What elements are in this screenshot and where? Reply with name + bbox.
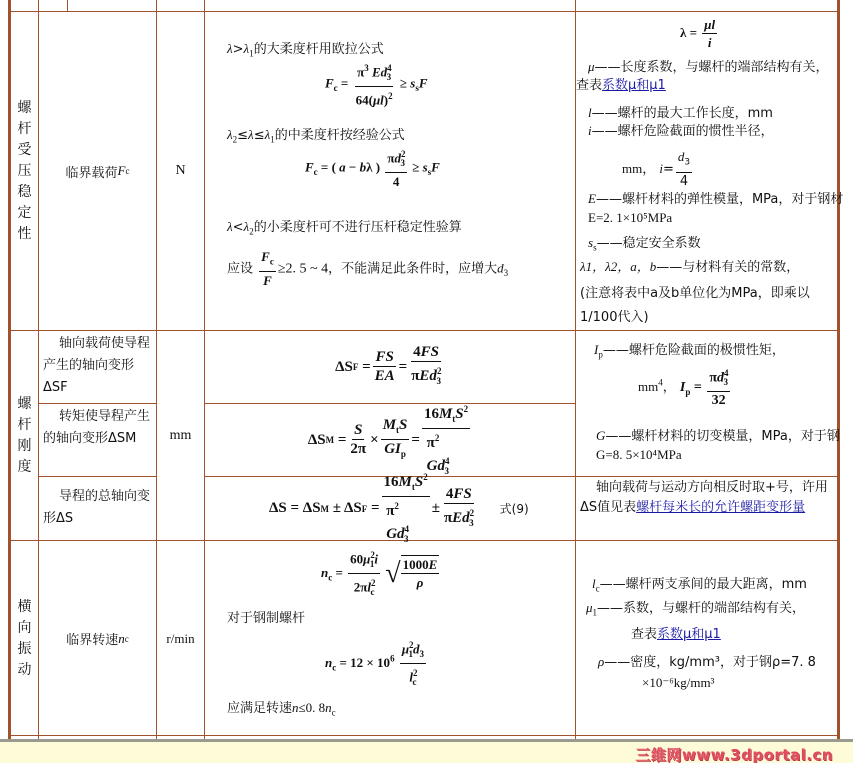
notes-cell-vibration: lc——螺杆两支承间的最大距离，mm μ1——系数，与螺杆的端部结构有关， 查表… [576,541,837,736]
formula-lambda: λ = μli [680,16,719,52]
note-lc: lc——螺杆两支承间的最大距离，mm [576,575,853,598]
unit-rpm: r/min [157,541,204,736]
formula-empirical: Fc = ( a − bλ ) πd234 ≥ ssF [305,146,440,191]
formula-cell-vibration: nc = 60μ21i2πl2c √1000Eρ 对于钢制螺杆 nc = 12 … [205,541,575,736]
cat-char: 稳 [18,182,32,203]
category-buckling: 螺 杆 受 压 稳 定 性 [11,12,38,330]
item-label: 临界转速 [66,629,118,648]
category-lateral-vibration: 横 向 振 动 [11,541,38,736]
category-stiffness: 螺 杆 刚 度 [11,331,38,540]
note-unit-conversion: (注意将表中a及b单位化为MPa，即乘以1/100代入) [576,282,842,330]
note-i-formula: mm， i=d34 [622,148,694,191]
cat-char: 向 [18,618,32,639]
unit-n: N [157,12,204,330]
cat-char: 受 [18,140,32,161]
col-divider-top-extra [67,0,68,11]
formula-deform-force: ΔSF = FSEA= 4FSπEd23 [205,331,575,403]
text-large-slenderness: λ>λ1的大柔度杆用欧拉公式 [227,38,384,59]
cat-char: 螺 [18,394,32,415]
item-label: 临界载荷 [66,162,118,181]
note-Ip-formula: mm4， Ip = πd4332 [638,365,732,410]
notes-cell-buckling: λ = μli μ——长度系数，与螺杆的端部结构有关，查表系数μ和μ1 l——螺… [576,12,837,330]
cat-char: 压 [18,161,32,182]
note-rho: ρ——密度，kg/mm³，对于钢ρ=7. 8 [576,653,853,672]
cat-char: 性 [18,224,32,245]
cat-char: 振 [18,639,32,660]
formula-steel-speed: nc = 12 × 106 μ21d3l2c [325,637,428,691]
text-small-slenderness: λ<λ2的小柔度杆可不进行压杆稳定性验算 [227,216,462,237]
note-Ip: Ip——螺杆危险截面的极惯性矩， [576,341,853,364]
note-mu1: μ1——系数，与螺杆的端部结构有关， [576,599,848,622]
link-coef-mu[interactable]: 系数μ和μ1 [602,78,666,93]
note-ss: ss——稳定安全系数 [576,234,850,257]
formula-deform-torque: ΔSM = S2π× MtSGIp= 16MtS2π2 Gd43 [205,404,575,476]
note-constants: λ1，λ2，a，b——与材料有关的常数， [576,258,842,277]
cat-char: 螺 [18,98,32,119]
bottom-bar: 三维网www.3dportal.cn [0,739,853,763]
text-medium-slenderness: λ2≤λ≤λ1的中柔度杆按经验公式 [227,124,405,145]
cat-char: 度 [18,457,32,478]
note-i: i——螺杆危险截面的惯性半径， [576,122,850,141]
formula-total-deform: ΔS = ΔSM ± ΔSF = 16MtS2π2 Gd43± 4FSπEd23… [205,477,575,540]
cat-char: 杆 [18,415,32,436]
formula-euler: Fc = π3 Ed4364(μl)2 ≥ ssF [325,60,428,109]
formula-cell-buckling: λ>λ1的大柔度杆用欧拉公式 Fc = π3 Ed4364(μl)2 ≥ ssF… [205,12,575,330]
cat-char: 横 [18,597,32,618]
row-line-2b [38,476,156,477]
cat-char: 定 [18,203,32,224]
row-line-2a [38,403,156,404]
note-E: E——螺杆材料的弹性模量，MPa，对于钢材E=2. 1×10⁵MPa [576,190,850,228]
notes-cell-stiffness: Ip——螺杆危险截面的极惯性矩， mm4， Ip = πd4332 G——螺杆材… [576,331,837,476]
item-axial-deform-force: 轴向载荷使导程产生的轴向变形ΔSF [43,333,153,403]
text-safety-condition: 应设 FcF≥2. 5 ~ 4，不能满足此条件时，应增大d3 [227,248,508,290]
cat-char: 杆 [18,119,32,140]
note-rho-value: ×10⁻⁶kg/mm³ [642,675,714,691]
text-speed-condition: 应满足转速n≤0. 8nc [227,697,336,718]
item-critical-speed: 临界转速nc [39,541,156,736]
item-axial-deform-torque: 转矩使导程产生的轴向变形ΔSM [43,406,153,476]
link-coef-mu1[interactable]: 系数μ和μ1 [657,627,721,642]
unit-mm: mm [157,331,204,540]
note-mu: μ——长度系数，与螺杆的端部结构有关，查表系数μ和μ1 [576,58,838,95]
note-G: G——螺杆材料的切变模量，MPa，对于钢G=8. 5×10⁴MPa [576,427,853,465]
cat-char: 动 [18,660,32,681]
watermark: 三维网www.3dportal.cn [635,744,833,763]
note-l: l——螺杆的最大工作长度，mm [576,104,850,123]
item-critical-load: 临界载荷Fc [39,12,156,330]
cat-char: 刚 [18,436,32,457]
text-steel-screw: 对于钢制螺杆 [227,607,305,626]
link-allowed-pitch-deform[interactable]: 螺杆每米长的允许螺距变形量 [636,500,805,515]
formula-tag: 式(9) [500,500,529,517]
formula-critical-speed: nc = 60μ21i2πl2c √1000Eρ [321,547,439,601]
note-mu1-lookup: 查表系数μ和μ1 [631,623,721,642]
notes-cell-total: 轴向载荷与运动方向相反时取+号，许用ΔS值见表螺杆每米长的允许螺距变形量 [580,478,834,540]
item-total-axial-deform: 导程的总轴向变形ΔS [43,486,153,540]
